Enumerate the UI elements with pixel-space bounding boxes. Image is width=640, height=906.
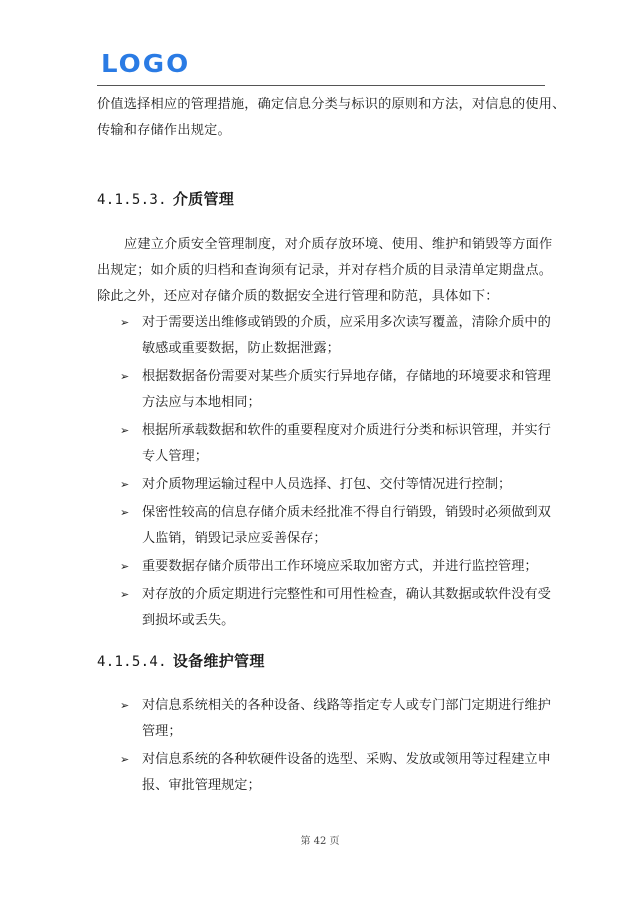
arrow-bullet-icon: ➢ xyxy=(120,364,129,390)
arrow-bullet-icon: ➢ xyxy=(120,310,129,336)
continuation-paragraph: 价值选择相应的管理措施，确定信息分类与标识的原则和方法，对信息的使用、 传输和存… xyxy=(97,92,547,144)
list-item: ➢ 重要数据存储介质带出工作环境应采取加密方式，并进行监控管理； xyxy=(120,554,550,580)
list-item: ➢ 保密性较高的信息存储介质未经批准不得自行销毁，销毁时必须做到双 人监销，销毁… xyxy=(120,500,550,552)
document-page: LOGO 价值选择相应的管理措施，确定信息分类与标识的原则和方法，对信息的使用、… xyxy=(0,0,640,906)
paragraph-line: 价值选择相应的管理措施，确定信息分类与标识的原则和方法，对信息的使用、 xyxy=(97,92,547,118)
list-item-line: 专人管理； xyxy=(142,444,550,470)
list-item-line: 方法应与本地相同； xyxy=(142,390,550,416)
list-item-line: 敏感或重要数据，防止数据泄露； xyxy=(142,336,550,362)
list-item-line: 人监销，销毁记录应妥善保存； xyxy=(142,526,550,552)
equipment-bullet-list: ➢ 对信息系统相关的各种设备、线路等指定专人或专门部门定期进行维护 管理； ➢ … xyxy=(120,693,550,801)
list-item-line: 重要数据存储介质带出工作环境应采取加密方式，并进行监控管理； xyxy=(142,554,550,580)
page-number: 第 42 页 xyxy=(0,832,640,847)
list-item-line: 对于需要送出维修或销毁的介质，应采用多次读写覆盖，清除介质中的 xyxy=(142,310,550,336)
list-item: ➢ 对存放的介质定期进行完整性和可用性检查，确认其数据或软件没有受 到损坏或丢失… xyxy=(120,582,550,634)
list-item: ➢ 对于需要送出维修或销毁的介质，应采用多次读写覆盖，清除介质中的 敏感或重要数… xyxy=(120,310,550,362)
list-item: ➢ 根据数据备份需要对某些介质实行异地存储，存储地的环境要求和管理 方法应与本地… xyxy=(120,364,550,416)
media-intro-paragraph: 应建立介质安全管理制度，对介质存放环境、使用、维护和销毁等方面作 出规定；如介质… xyxy=(97,232,547,310)
list-item-line: 报、审批管理规定； xyxy=(142,773,550,799)
paragraph-line: 传输和存储作出规定。 xyxy=(97,118,547,144)
list-item-line: 对存放的介质定期进行完整性和可用性检查，确认其数据或软件没有受 xyxy=(142,582,550,608)
section-number: 4.1.5.4. xyxy=(97,654,167,670)
list-item-line: 根据数据备份需要对某些介质实行异地存储，存储地的环境要求和管理 xyxy=(142,364,550,390)
list-item-line: 保密性较高的信息存储介质未经批准不得自行销毁，销毁时必须做到双 xyxy=(142,500,550,526)
list-item-line: 对介质物理运输过程中人员选择、打包、交付等情况进行控制； xyxy=(142,472,550,498)
paragraph-line: 应建立介质安全管理制度，对介质存放环境、使用、维护和销毁等方面作 xyxy=(97,232,547,258)
list-item: ➢ 对信息系统的各种软硬件设备的选型、采购、发放或领用等过程建立申 报、审批管理… xyxy=(120,747,550,799)
list-item-line: 管理； xyxy=(142,719,550,745)
list-item-line: 对信息系统的各种软硬件设备的选型、采购、发放或领用等过程建立申 xyxy=(142,747,550,773)
logo: LOGO xyxy=(101,50,190,79)
list-item-line: 对信息系统相关的各种设备、线路等指定专人或专门部门定期进行维护 xyxy=(142,693,550,719)
paragraph-line: 出规定；如介质的归档和查询须有记录，并对存档介质的目录清单定期盘点。 xyxy=(97,258,547,284)
arrow-bullet-icon: ➢ xyxy=(120,500,129,526)
arrow-bullet-icon: ➢ xyxy=(120,418,129,444)
arrow-bullet-icon: ➢ xyxy=(120,693,129,719)
list-item: ➢ 根据所承载数据和软件的重要程度对介质进行分类和标识管理，并实行 专人管理； xyxy=(120,418,550,470)
media-bullet-list: ➢ 对于需要送出维修或销毁的介质，应采用多次读写覆盖，清除介质中的 敏感或重要数… xyxy=(120,310,550,636)
arrow-bullet-icon: ➢ xyxy=(120,747,129,773)
section-number: 4.1.5.3. xyxy=(97,192,167,208)
section-heading-media: 4.1.5.3.介质管理 xyxy=(97,188,234,209)
list-item: ➢ 对信息系统相关的各种设备、线路等指定专人或专门部门定期进行维护 管理； xyxy=(120,693,550,745)
list-item: ➢ 对介质物理运输过程中人员选择、打包、交付等情况进行控制； xyxy=(120,472,550,498)
list-item-line: 到损坏或丢失。 xyxy=(142,608,550,634)
header-divider xyxy=(97,85,545,86)
section-title: 介质管理 xyxy=(173,190,234,208)
section-heading-equipment: 4.1.5.4.设备维护管理 xyxy=(97,650,265,671)
paragraph-line: 除此之外，还应对存储介质的数据安全进行管理和防范，具体如下： xyxy=(97,284,547,310)
arrow-bullet-icon: ➢ xyxy=(120,554,129,580)
section-title: 设备维护管理 xyxy=(173,652,265,670)
list-item-line: 根据所承载数据和软件的重要程度对介质进行分类和标识管理，并实行 xyxy=(142,418,550,444)
arrow-bullet-icon: ➢ xyxy=(120,472,129,498)
arrow-bullet-icon: ➢ xyxy=(120,582,129,608)
